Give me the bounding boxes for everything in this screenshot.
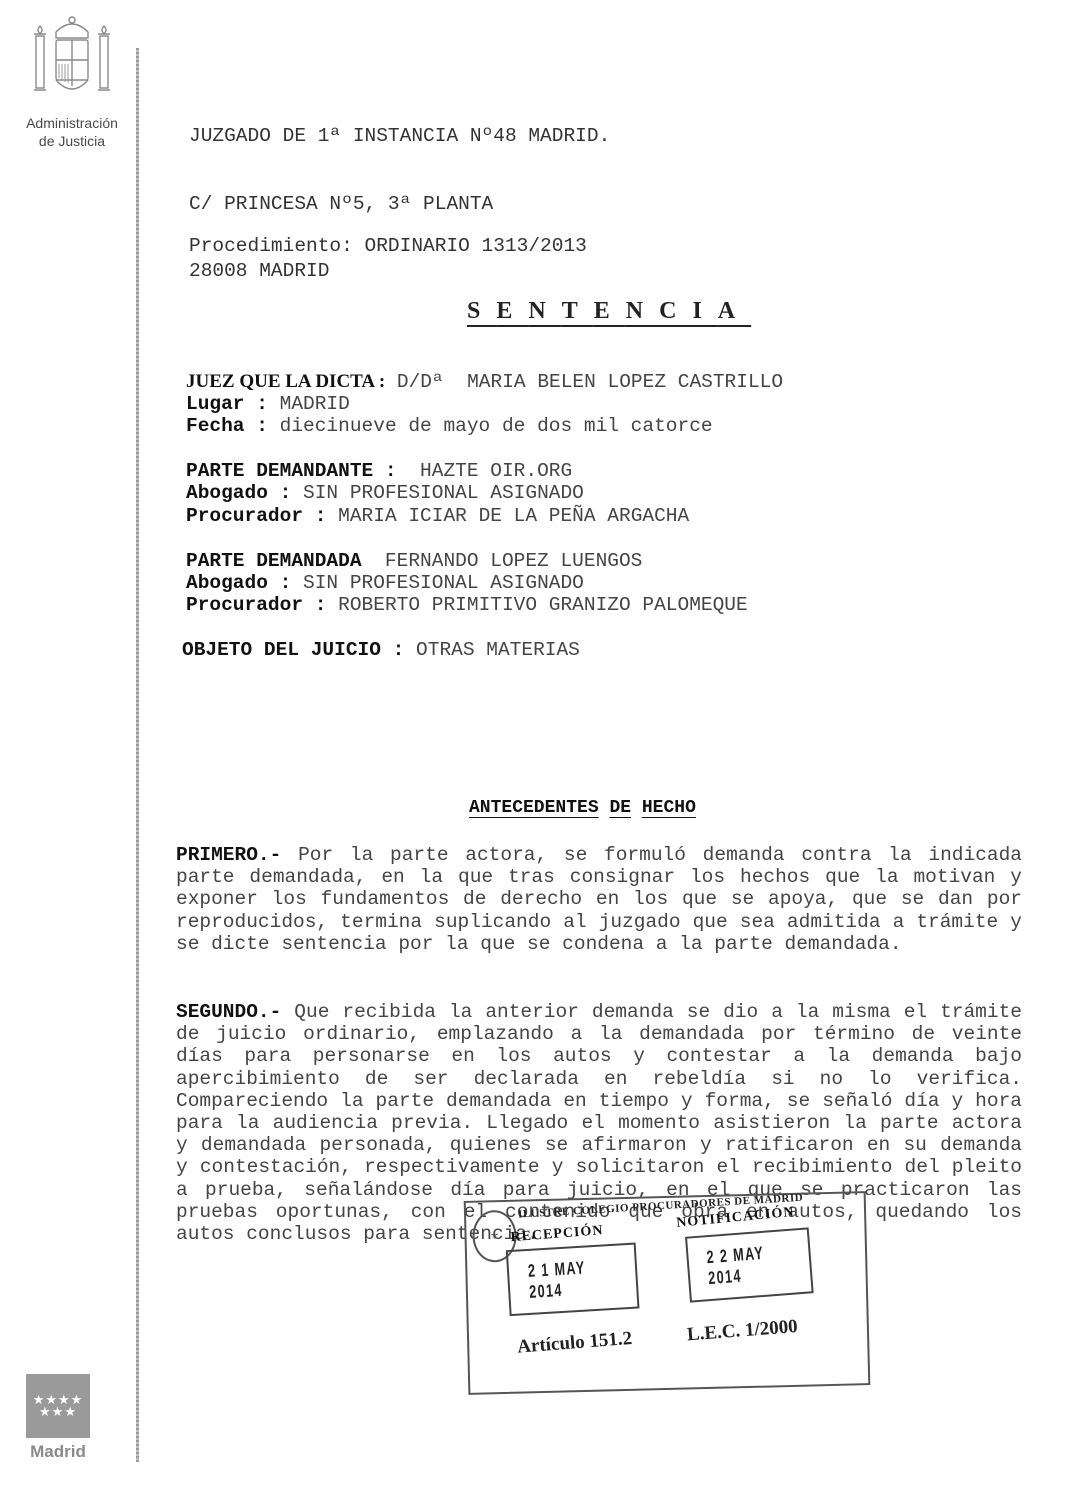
document-title: SENTENCIA [467,298,751,325]
paragraph-text: Por la parte actora, se formuló demanda … [176,844,1022,955]
reception-stamp: ⚜ ILUSTRE COLEGIO PROCURADORES DE MADRID… [464,1191,871,1395]
section-heading-word: ANTECEDENTES [469,798,599,818]
plaintiff-attorney-label: Procurador : [186,505,326,527]
place-row: Lugar : MADRID [186,393,350,415]
notification-date-box: 2 2 MAY 2014 [685,1227,814,1302]
paragraph-label: PRIMERO.- [176,844,281,866]
title-letter: N [626,298,659,325]
plaintiff-lawyer-value: SIN PROFESIONAL ASIGNADO [303,482,584,504]
procedure-label: Procedimiento: [189,235,353,257]
defendant-attorney-row: Procurador : ROBERTO PRIMITIVO GRANIZO P… [186,594,748,616]
paragraph-primero: PRIMERO.- Por la parte actora, se formul… [176,844,1022,955]
court-address: JUZGADO DE 1ª INSTANCIA Nº48 MADRID. C/ … [189,80,610,305]
reception-date-box: 2 1 MAY 2014 [506,1243,640,1317]
title-letter: S [467,298,496,325]
plaintiff-lawyer-label: Abogado : [186,482,291,504]
admin-label-line1: Administración [18,114,126,132]
title-letter: T [562,298,594,325]
defendant-attorney-label: Procurador : [186,594,326,616]
court-name: JUZGADO DE 1ª INSTANCIA Nº48 MADRID. [189,125,610,148]
place-label: Lugar : [186,393,268,415]
defendant-label: PARTE DEMANDADA [186,550,362,572]
madrid-flag-icon: ★★★★ ★★★ [26,1374,90,1438]
title-letter: C [659,298,692,325]
section-heading-word: DE [609,798,631,818]
reception-date: 2 1 MAY 2014 [527,1256,618,1303]
stamp-article: Artículo 151.2 [517,1328,633,1359]
stars-row-2: ★★★ [39,1406,77,1418]
court-city: 28008 MADRID [189,260,610,283]
title-letter: A [718,298,751,325]
procedure-number: ORDINARIO 1313/2013 [365,235,587,257]
object-label: OBJETO DEL JUICIO : [182,639,404,661]
notification-date: 2 2 MAY 2014 [706,1241,793,1289]
date-row: Fecha : diecinueve de mayo de dos mil ca… [186,415,713,437]
plaintiff-row: PARTE DEMANDANTE : HAZTE OIR.ORG [186,460,572,482]
judge-label: JUEZ QUE LA DICTA : [186,371,385,392]
title-letter: N [528,298,561,325]
date-label: Fecha : [186,415,268,437]
title-letter: E [496,298,528,325]
paragraph-label: SEGUNDO.- [176,1001,281,1023]
admin-label-line2: de Justicia [18,132,126,150]
plaintiff-attorney-row: Procurador : MARIA ICIAR DE LA PEÑA ARGA… [186,505,689,527]
plaintiff-attorney-value: MARIA ICIAR DE LA PEÑA ARGACHA [338,505,689,527]
defendant-lawyer-value: SIN PROFESIONAL ASIGNADO [303,572,584,594]
date-value: diecinueve de mayo de dos mil catorce [280,415,713,437]
reception-label: RECEPCIÓN [510,1223,604,1246]
title-letter: I [692,298,717,325]
stamp-law: L.E.C. 1/2000 [686,1316,798,1346]
object-row: OBJETO DEL JUICIO : OTRAS MATERIAS [182,639,580,661]
section-heading: ANTECEDENTES DE HECHO [469,798,696,818]
coat-of-arms-icon [30,12,114,106]
procedure-line: Procedimiento: ORDINARIO 1313/2013 [189,235,587,257]
defendant-value: FERNANDO LOPEZ LUENGOS [373,550,642,572]
judge-row: JUEZ QUE LA DICTA : D/Dª MARIA BELEN LOP… [186,371,783,393]
administracion-justicia-label: Administración de Justicia [18,114,126,150]
defendant-lawyer-label: Abogado : [186,572,291,594]
defendant-row: PARTE DEMANDADA FERNANDO LOPEZ LUENGOS [186,550,642,572]
place-value: MADRID [280,393,350,415]
defendant-lawyer-row: Abogado : SIN PROFESIONAL ASIGNADO [186,572,584,594]
madrid-label: Madrid [22,1442,94,1462]
margin-rule [136,48,139,1462]
object-value: OTRAS MATERIAS [416,639,580,661]
title-letter: E [594,298,626,325]
plaintiff-value: HAZTE OIR.ORG [408,460,572,482]
plaintiff-lawyer-row: Abogado : SIN PROFESIONAL ASIGNADO [186,482,584,504]
court-street: C/ PRINCESA Nº5, 3ª PLANTA [189,193,610,216]
judge-value: D/Dª MARIA BELEN LOPEZ CASTRILLO [397,371,783,393]
defendant-attorney-value: ROBERTO PRIMITIVO GRANIZO PALOMEQUE [338,594,748,616]
section-heading-word: HECHO [642,798,696,818]
plaintiff-label: PARTE DEMANDANTE : [186,460,397,482]
